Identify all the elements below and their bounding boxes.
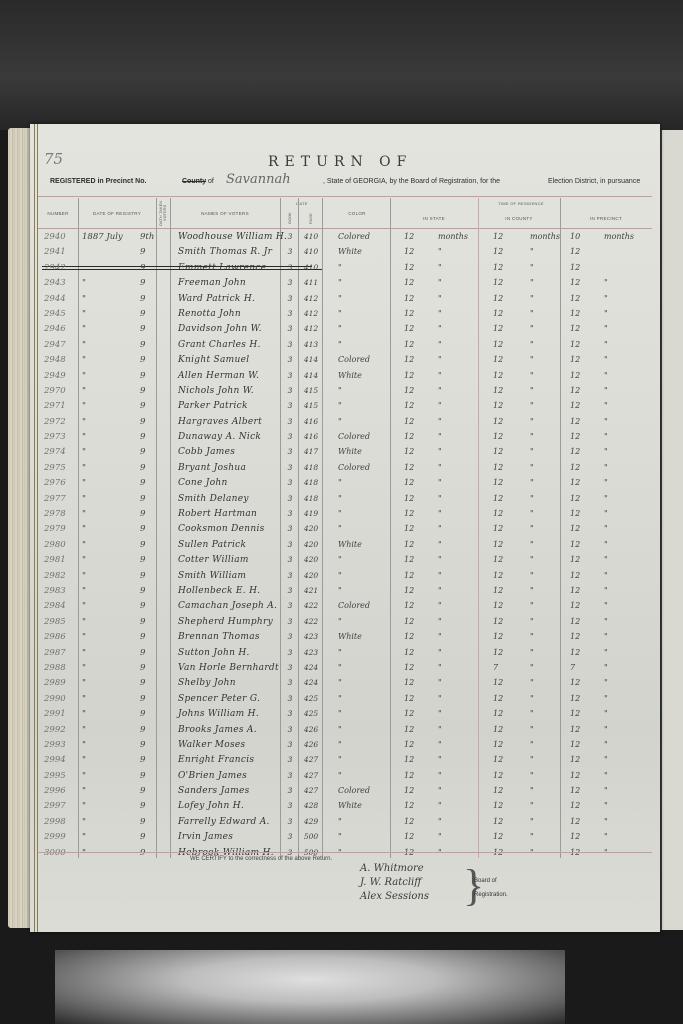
voter-name: O'Brien James — [178, 771, 247, 781]
residence-state: 12 — [404, 740, 414, 749]
voter-color: " — [338, 263, 342, 272]
row-day: 9 — [140, 571, 145, 581]
row-day: 9 — [140, 324, 145, 334]
residence-precinct-unit: " — [604, 324, 608, 333]
residence-state-unit: " — [438, 648, 442, 657]
residence-precinct-unit: " — [604, 509, 608, 518]
col-page: Page — [300, 208, 322, 228]
residence-state: 12 — [404, 432, 414, 441]
voter-name: Allen Herman W. — [178, 371, 259, 381]
voter-color: " — [338, 571, 342, 580]
residence-county-unit: " — [530, 401, 534, 410]
col-names-of-voters: Names of Voters — [170, 198, 280, 228]
table-row: 2971"9Parker Patrick3415"12"12"12" — [38, 399, 652, 414]
table-row: 2947"9Grant Charles H.3413"12"12"12" — [38, 338, 652, 353]
residence-county-unit: " — [530, 586, 534, 595]
residence-county: 12 — [493, 801, 503, 810]
residence-county-unit: " — [530, 432, 534, 441]
residence-state-unit: " — [438, 678, 442, 687]
residence-county: 12 — [493, 324, 503, 333]
residence-county: 12 — [493, 832, 503, 841]
row-number: 2987 — [44, 648, 80, 658]
residence-precinct-unit: " — [604, 278, 608, 287]
residence-state-unit: " — [438, 247, 442, 256]
row-day: 9 — [140, 494, 145, 504]
page-number-ref: 418 — [300, 494, 322, 503]
voter-color: Colored — [338, 232, 370, 241]
row-day: 9 — [140, 555, 145, 565]
residence-precinct-unit: " — [604, 801, 608, 810]
voter-name: Shepherd Humphry — [178, 617, 273, 627]
residence-state-unit: " — [438, 401, 442, 410]
residence-state: 12 — [404, 755, 414, 764]
table-row: 2945"9Renotta John3412"12"12"12" — [38, 307, 652, 322]
residence-county: 12 — [493, 694, 503, 703]
row-day: 9 — [140, 694, 145, 704]
row-day: 9 — [140, 725, 145, 735]
voter-name: Smith Delaney — [178, 494, 249, 504]
residence-county-unit: " — [530, 355, 534, 364]
residence-county-unit: " — [530, 309, 534, 318]
voter-color: " — [338, 309, 342, 318]
residence-state: 12 — [404, 417, 414, 426]
residence-precinct: 12 — [570, 524, 580, 533]
row-day: 9 — [140, 417, 145, 427]
row-number: 2941 — [44, 247, 80, 257]
row-day: 9 — [140, 247, 145, 257]
row-day: 9 — [140, 340, 145, 350]
table-row: 2944"9Ward Patrick H.3412"12"12"12" — [38, 292, 652, 307]
row-number: 2944 — [44, 294, 80, 304]
table-row: 2974"9Cobb James3417White12"12"12" — [38, 445, 652, 460]
book-number: 3 — [284, 801, 296, 810]
residence-county: 12 — [493, 571, 503, 580]
residence-county-unit: " — [530, 740, 534, 749]
residence-precinct: 12 — [570, 247, 580, 256]
page-number-ref: 427 — [300, 771, 322, 780]
voter-name: Dunaway A. Nick — [178, 432, 261, 442]
residence-state-unit: " — [438, 494, 442, 503]
page-number-ref: 424 — [300, 663, 322, 672]
row-day: 9 — [140, 801, 145, 811]
voter-name: Bryant Joshua — [178, 463, 246, 473]
row-number: 2980 — [44, 540, 80, 550]
county-handwritten: Savannah — [226, 172, 291, 187]
residence-precinct-unit: " — [604, 786, 608, 795]
voter-name: Brooks James A. — [178, 725, 257, 735]
residence-precinct: 12 — [570, 555, 580, 564]
table-row: 2980"9Sullen Patrick3420White12"12"12" — [38, 538, 652, 553]
residence-state-unit: " — [438, 386, 442, 395]
residence-county-unit: " — [530, 725, 534, 734]
residence-precinct: 12 — [570, 371, 580, 380]
page-number-ref: 422 — [300, 617, 322, 626]
voter-color: White — [338, 447, 362, 456]
voter-name: Lofey John H. — [178, 801, 244, 811]
page-number-ref: 423 — [300, 648, 322, 657]
row-day: 9 — [140, 817, 145, 827]
voter-color: " — [338, 694, 342, 703]
residence-state-unit: " — [438, 278, 442, 287]
row-number: 2994 — [44, 755, 80, 765]
row-day: 9 — [140, 771, 145, 781]
book-number: 3 — [284, 832, 296, 841]
page-number: 75 — [44, 150, 63, 168]
voter-name: Walker Moses — [178, 740, 245, 750]
row-number: 2974 — [44, 447, 80, 457]
voter-name: Emmett Lawrence — [178, 263, 266, 273]
row-number: 2999 — [44, 832, 80, 842]
table-row: 2984"9Camachan Joseph A.3422Colored12"12… — [38, 599, 652, 614]
voter-name: Renotta John — [178, 309, 241, 319]
residence-precinct: 12 — [570, 447, 580, 456]
residence-state: 12 — [404, 663, 414, 672]
residence-county: 12 — [493, 817, 503, 826]
voter-color: " — [338, 509, 342, 518]
residence-precinct-unit: " — [604, 524, 608, 533]
residence-state-unit: " — [438, 309, 442, 318]
residence-state-unit: " — [438, 586, 442, 595]
voter-color: " — [338, 678, 342, 687]
row-number: 2970 — [44, 386, 80, 396]
residence-precinct: 12 — [570, 263, 580, 272]
table-row: 2998"9Farrelly Edward A.3429"12"12"12" — [38, 815, 652, 830]
residence-county: 12 — [493, 447, 503, 456]
residence-precinct: 12 — [570, 494, 580, 503]
row-number: 2982 — [44, 571, 80, 581]
residence-state: 12 — [404, 278, 414, 287]
residence-state: 12 — [404, 617, 414, 626]
residence-state-unit: " — [438, 663, 442, 672]
page-number-ref: 423 — [300, 632, 322, 641]
page-number-ref: 418 — [300, 463, 322, 472]
residence-county: 12 — [493, 740, 503, 749]
residence-state: 12 — [404, 463, 414, 472]
voter-name: Camachan Joseph A. — [178, 601, 277, 611]
residence-county-unit: " — [530, 571, 534, 580]
page-number-ref: 428 — [300, 801, 322, 810]
row-day: 9 — [140, 740, 145, 750]
row-day: 9th — [140, 232, 154, 242]
residence-state: 12 — [404, 509, 414, 518]
residence-county-unit: " — [530, 648, 534, 657]
table-row: 29419Smith Thomas R. Jr3410White12"12"12 — [38, 245, 652, 260]
page-number-ref: 415 — [300, 401, 322, 410]
table-row: 2948"9Knight Samuel3414Colored12"12"12" — [38, 353, 652, 368]
residence-state-unit: " — [438, 509, 442, 518]
voter-color: " — [338, 340, 342, 349]
book-number: 3 — [284, 771, 296, 780]
residence-county: 12 — [493, 263, 503, 272]
residence-state: 12 — [404, 709, 414, 718]
book-number: 3 — [284, 232, 296, 241]
voter-color: " — [338, 278, 342, 287]
residence-precinct-unit: " — [604, 447, 608, 456]
row-number: 2984 — [44, 601, 80, 611]
residence-county-unit: " — [530, 540, 534, 549]
residence-precinct: 12 — [570, 678, 580, 687]
residence-precinct: 12 — [570, 324, 580, 333]
residence-precinct-unit: " — [604, 632, 608, 641]
residence-state-unit: " — [438, 371, 442, 380]
residence-county: 12 — [493, 709, 503, 718]
table-row: 29401887 July9thWoodhouse William H.3410… — [38, 230, 652, 245]
page-number-ref: 420 — [300, 540, 322, 549]
page-number-ref: 500 — [300, 832, 322, 841]
residence-precinct-unit: " — [604, 663, 608, 672]
voter-name: Hargraves Albert — [178, 417, 262, 427]
residence-county: 12 — [493, 540, 503, 549]
book-number: 3 — [284, 586, 296, 595]
residence-precinct-unit: " — [604, 586, 608, 595]
voter-color: " — [338, 832, 342, 841]
voter-color: White — [338, 801, 362, 810]
table-row: 2993"9Walker Moses3426"12"12"12" — [38, 738, 652, 753]
book-number: 3 — [284, 663, 296, 672]
residence-state-unit: " — [438, 478, 442, 487]
row-day: 9 — [140, 463, 145, 473]
residence-county: 12 — [493, 309, 503, 318]
row-number: 2991 — [44, 709, 80, 719]
voter-name: Farrelly Edward A. — [178, 817, 270, 827]
residence-county-unit: " — [530, 786, 534, 795]
voter-name: Smith Thomas R. Jr — [178, 247, 272, 257]
table-row: 2983"9Hollenbeck E. H.3421"12"12"12" — [38, 584, 652, 599]
book-number: 3 — [284, 386, 296, 395]
residence-precinct-unit: " — [604, 432, 608, 441]
row-number: 2973 — [44, 432, 80, 442]
of-label: of — [208, 178, 214, 185]
voter-name: Woodhouse William H. — [178, 232, 287, 242]
voter-color: " — [338, 709, 342, 718]
voter-color: " — [338, 478, 342, 487]
residence-state-unit: " — [438, 524, 442, 533]
residence-precinct: 12 — [570, 709, 580, 718]
residence-county-unit: " — [530, 617, 534, 626]
residence-county-unit: " — [530, 632, 534, 641]
row-day: 9 — [140, 386, 145, 396]
voter-name: Hollenbeck E. H. — [178, 586, 260, 596]
residence-county-unit: " — [530, 247, 534, 256]
residence-precinct: 12 — [570, 586, 580, 595]
row-day: 9 — [140, 263, 145, 273]
row-day: 9 — [140, 786, 145, 796]
voter-name: Robert Hartman — [178, 509, 257, 519]
voter-name: Sullen Patrick — [178, 540, 246, 550]
book-number: 3 — [284, 478, 296, 487]
residence-county: 12 — [493, 417, 503, 426]
residence-state: 12 — [404, 771, 414, 780]
table-row: 2977"9Smith Delaney3418"12"12"12" — [38, 492, 652, 507]
voter-name: Irvin James — [178, 832, 233, 842]
page-number-ref: 413 — [300, 340, 322, 349]
voter-name: Cooksmon Dennis — [178, 524, 265, 534]
voter-color: " — [338, 324, 342, 333]
row-day: 9 — [140, 478, 145, 488]
book-number: 3 — [284, 540, 296, 549]
residence-county-unit: " — [530, 386, 534, 395]
residence-county: 12 — [493, 232, 503, 241]
voter-color: White — [338, 632, 362, 641]
page-number-ref: 411 — [300, 278, 322, 287]
residence-state: 12 — [404, 386, 414, 395]
residence-county: 12 — [493, 509, 503, 518]
residence-state: 12 — [404, 648, 414, 657]
row-number: 2992 — [44, 725, 80, 735]
row-number: 2945 — [44, 309, 80, 319]
residence-county-unit: " — [530, 463, 534, 472]
row-day: 9 — [140, 432, 145, 442]
row-number: 2940 — [44, 232, 80, 242]
residence-county: 12 — [493, 601, 503, 610]
table-row: 2975"9Bryant Joshua3418Colored12"12"12" — [38, 461, 652, 476]
page-number-ref: 427 — [300, 755, 322, 764]
page-number-ref: 415 — [300, 386, 322, 395]
voter-name: Johns William H. — [178, 709, 259, 719]
residence-state-unit: " — [438, 355, 442, 364]
table-row: 2989"9Shelby John3424"12"12"12" — [38, 676, 652, 691]
book-number: 3 — [284, 601, 296, 610]
residence-state-unit: " — [438, 294, 442, 303]
residence-state: 12 — [404, 447, 414, 456]
voter-color: " — [338, 725, 342, 734]
table-row: 2997"9Lofey John H.3428White12"12"12" — [38, 799, 652, 814]
voter-name: Cobb James — [178, 447, 235, 457]
row-number: 2946 — [44, 324, 80, 334]
residence-precinct: 12 — [570, 817, 580, 826]
residence-county-unit: " — [530, 371, 534, 380]
table-row: 2991"9Johns William H.3425"12"12"12" — [38, 707, 652, 722]
residence-state-unit: " — [438, 601, 442, 610]
voter-name: Sutton John H. — [178, 648, 250, 658]
table-row: 2970"9Nichols John W.3415"12"12"12" — [38, 384, 652, 399]
row-day: 9 — [140, 524, 145, 534]
residence-precinct-unit: " — [604, 601, 608, 610]
voter-color: " — [338, 617, 342, 626]
table-row: 2973"9Dunaway A. Nick3416Colored12"12"12… — [38, 430, 652, 445]
row-number: 2971 — [44, 401, 80, 411]
residence-precinct: 12 — [570, 432, 580, 441]
residence-state-unit: months — [438, 232, 468, 241]
col-color: Color — [324, 198, 390, 228]
residence-precinct-unit: " — [604, 817, 608, 826]
row-day: 9 — [140, 617, 145, 627]
subheader: REGISTERED in Precinct No. County of Sav… — [30, 178, 660, 192]
residence-county: 12 — [493, 355, 503, 364]
voter-name: Nichols John W. — [178, 386, 254, 396]
residence-state-unit: " — [438, 463, 442, 472]
page-number-ref: 412 — [300, 309, 322, 318]
district-text: Election District, in pursuance — [548, 178, 640, 185]
residence-county: 12 — [493, 617, 503, 626]
table-row: 2985"9Shepherd Humphry3422"12"12"12" — [38, 615, 652, 630]
residence-county: 12 — [493, 555, 503, 564]
residence-precinct-unit: " — [604, 755, 608, 764]
residence-precinct: 12 — [570, 509, 580, 518]
residence-precinct: 10 — [570, 232, 580, 241]
residence-county: 12 — [493, 294, 503, 303]
residence-county-unit: " — [530, 524, 534, 533]
residence-state: 12 — [404, 555, 414, 564]
col-in-precinct: In Precinct — [560, 208, 652, 228]
residence-precinct-unit: " — [604, 494, 608, 503]
signature: Alex Sessions — [360, 890, 470, 904]
book-number: 3 — [284, 571, 296, 580]
table-row: 2999"9Irvin James3500"12"12"12" — [38, 830, 652, 845]
row-day: 9 — [140, 294, 145, 304]
residence-state-unit: " — [438, 540, 442, 549]
voter-color: Colored — [338, 355, 370, 364]
residence-precinct: 12 — [570, 694, 580, 703]
row-day: 9 — [140, 401, 145, 411]
residence-county-unit: " — [530, 324, 534, 333]
voter-color: " — [338, 663, 342, 672]
residence-county-unit: " — [530, 678, 534, 687]
residence-state-unit: " — [438, 694, 442, 703]
residence-state-unit: " — [438, 755, 442, 764]
residence-precinct: 12 — [570, 571, 580, 580]
signature: A. Whitmore — [360, 862, 470, 876]
residence-county-unit: " — [530, 555, 534, 564]
row-number: 2998 — [44, 817, 80, 827]
residence-county-unit: " — [530, 478, 534, 487]
residence-precinct: 12 — [570, 786, 580, 795]
row-day: 9 — [140, 832, 145, 842]
voter-name: Sanders James — [178, 786, 250, 796]
residence-county: 12 — [493, 678, 503, 687]
residence-county-unit: " — [530, 447, 534, 456]
page-number-ref: 424 — [300, 678, 322, 687]
residence-state: 12 — [404, 494, 414, 503]
row-number: 2993 — [44, 740, 80, 750]
col-oath: Oath taken Voters — [156, 198, 170, 228]
voter-name: Cone John — [178, 478, 228, 488]
residence-county-unit: " — [530, 817, 534, 826]
row-number: 2986 — [44, 632, 80, 642]
residence-county-unit: " — [530, 294, 534, 303]
residence-state-unit: " — [438, 263, 442, 272]
residence-county-unit: " — [530, 709, 534, 718]
residence-precinct-unit: " — [604, 694, 608, 703]
book-number: 3 — [284, 632, 296, 641]
row-number: 2942 — [44, 263, 80, 273]
page-number-ref: 421 — [300, 586, 322, 595]
page-number-ref: 410 — [300, 247, 322, 256]
col-time-of-residence: Time of Residence — [390, 198, 652, 208]
row-number: 2972 — [44, 417, 80, 427]
residence-precinct: 12 — [570, 386, 580, 395]
page-number-ref: 425 — [300, 709, 322, 718]
voter-color: Colored — [338, 601, 370, 610]
residence-precinct-unit: " — [604, 555, 608, 564]
book-number: 3 — [284, 463, 296, 472]
voter-name: Brennan Thomas — [178, 632, 260, 642]
signature: J. W. Ratcliff — [360, 876, 470, 890]
voter-color: " — [338, 817, 342, 826]
residence-county: 12 — [493, 786, 503, 795]
residence-precinct: 12 — [570, 755, 580, 764]
residence-state: 12 — [404, 632, 414, 641]
voter-color: " — [338, 494, 342, 503]
residence-precinct: 12 — [570, 463, 580, 472]
table-row: 2987"9Sutton John H.3423"12"12"12" — [38, 646, 652, 661]
table-row: 2946"9Davidson John W.3412"12"12"12" — [38, 322, 652, 337]
residence-county-unit: months — [530, 232, 560, 241]
residence-county: 12 — [493, 771, 503, 780]
voter-color: White — [338, 371, 362, 380]
voter-name: Cotter William — [178, 555, 249, 565]
voter-name: Shelby John — [178, 678, 236, 688]
